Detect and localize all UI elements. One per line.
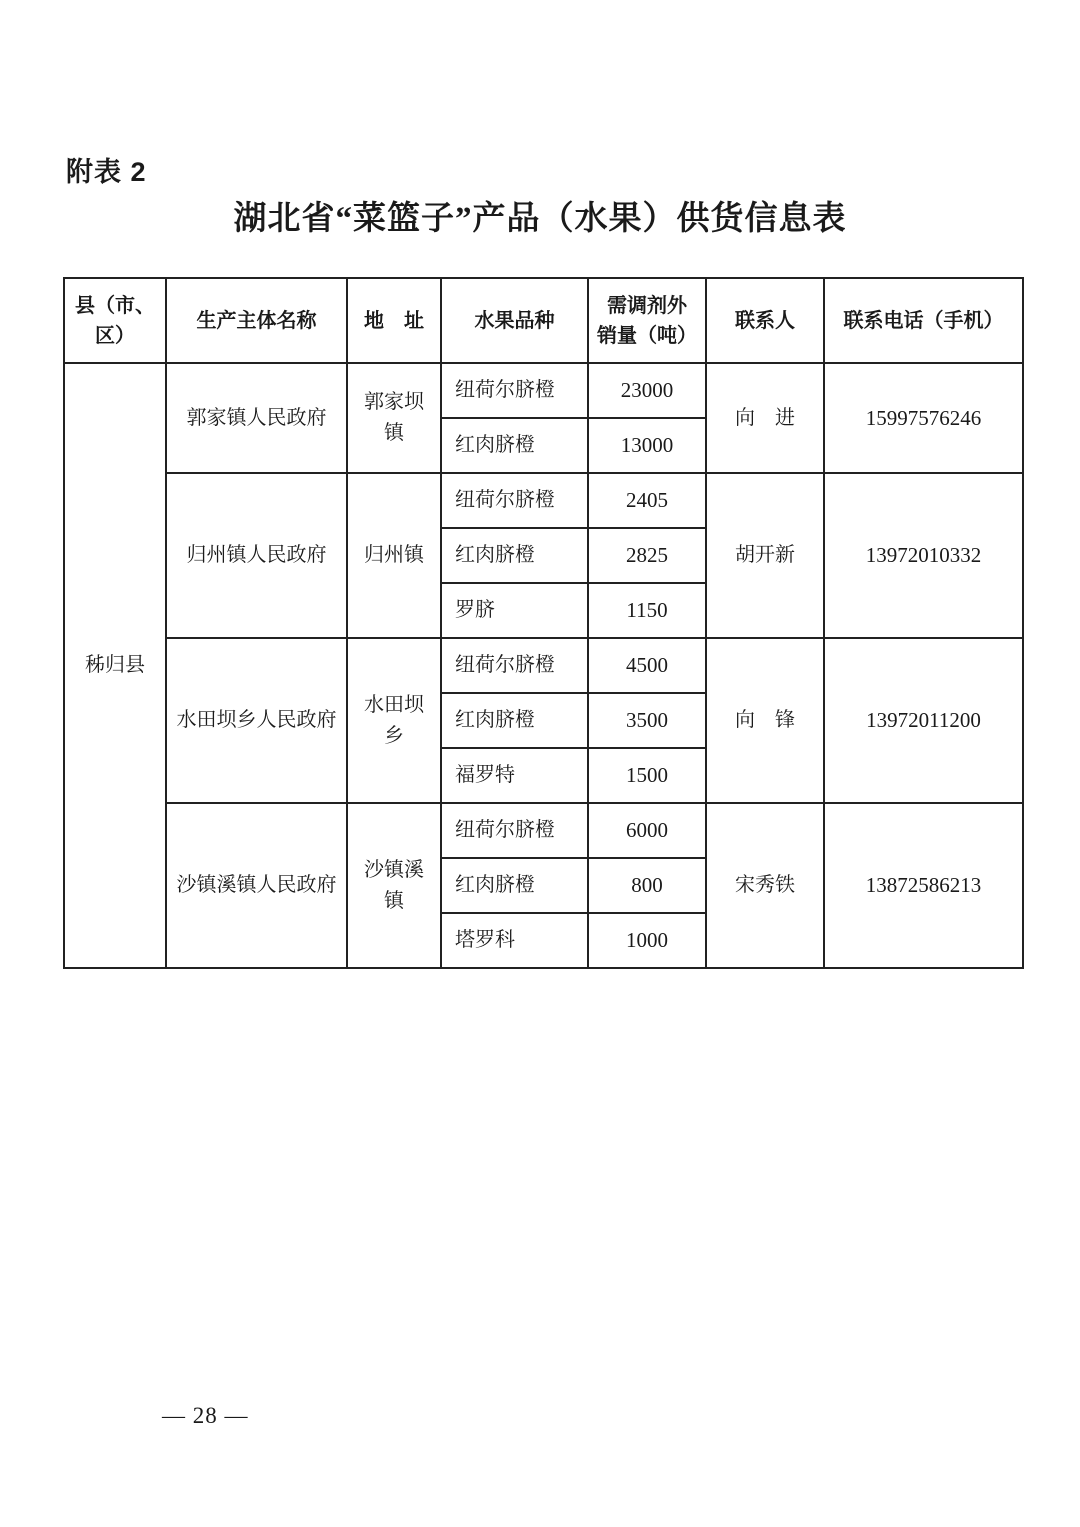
producer-cell: 沙镇溪镇人民政府	[166, 803, 347, 968]
fruit-supply-table: 县（市、 区） 生产主体名称 地 址 水果品种 需调剂外 销量（吨） 联系人 联…	[63, 277, 1024, 969]
fruit-variety-cell: 纽荷尔脐橙	[441, 363, 588, 418]
page-number: — 28 —	[162, 1403, 249, 1429]
address-cell: 郭家坝镇	[347, 363, 441, 473]
fruit-quantity-cell: 2405	[588, 473, 706, 528]
contact-cell: 胡开新	[706, 473, 824, 638]
header-cell-quantity: 需调剂外 销量（吨）	[588, 278, 706, 363]
fruit-quantity-cell: 6000	[588, 803, 706, 858]
header-cell-contact: 联系人	[706, 278, 824, 363]
header-cell-variety: 水果品种	[441, 278, 588, 363]
fruit-variety-cell: 罗脐	[441, 583, 588, 638]
phone-cell: 13972010332	[824, 473, 1023, 638]
phone-cell: 13872586213	[824, 803, 1023, 968]
fruit-variety-cell: 红肉脐橙	[441, 858, 588, 913]
phone-cell: 13972011200	[824, 638, 1023, 803]
fruit-variety-cell: 红肉脐橙	[441, 693, 588, 748]
table-row: 归州镇人民政府 归州镇 纽荷尔脐橙 2405 胡开新 13972010332	[64, 473, 1023, 528]
contact-cell: 向 锋	[706, 638, 824, 803]
fruit-quantity-cell: 4500	[588, 638, 706, 693]
producer-cell: 归州镇人民政府	[166, 473, 347, 638]
producer-cell: 郭家镇人民政府	[166, 363, 347, 473]
address-cell: 水田坝乡	[347, 638, 441, 803]
table-row: 水田坝乡人民政府 水田坝乡 纽荷尔脐橙 4500 向 锋 13972011200	[64, 638, 1023, 693]
fruit-quantity-cell: 1500	[588, 748, 706, 803]
fruit-variety-cell: 塔罗科	[441, 913, 588, 968]
contact-cell: 宋秀铁	[706, 803, 824, 968]
phone-cell: 15997576246	[824, 363, 1023, 473]
fruit-quantity-cell: 1150	[588, 583, 706, 638]
fruit-variety-cell: 福罗特	[441, 748, 588, 803]
appendix-label: 附表 2	[66, 150, 147, 189]
fruit-quantity-cell: 1000	[588, 913, 706, 968]
fruit-quantity-cell: 2825	[588, 528, 706, 583]
fruit-quantity-cell: 13000	[588, 418, 706, 473]
fruit-variety-cell: 纽荷尔脐橙	[441, 638, 588, 693]
header-cell-address: 地 址	[347, 278, 441, 363]
header-cell-producer: 生产主体名称	[166, 278, 347, 363]
document-title: 湖北省“菜篮子”产品（水果）供货信息表	[0, 192, 1080, 239]
fruit-quantity-cell: 3500	[588, 693, 706, 748]
contact-cell: 向 进	[706, 363, 824, 473]
fruit-variety-cell: 红肉脐橙	[441, 528, 588, 583]
table-header-row: 县（市、 区） 生产主体名称 地 址 水果品种 需调剂外 销量（吨） 联系人 联…	[64, 278, 1023, 363]
fruit-variety-cell: 纽荷尔脐橙	[441, 473, 588, 528]
address-cell: 沙镇溪镇	[347, 803, 441, 968]
address-cell: 归州镇	[347, 473, 441, 638]
table-row: 沙镇溪镇人民政府 沙镇溪镇 纽荷尔脐橙 6000 宋秀铁 13872586213	[64, 803, 1023, 858]
table-row: 秭归县 郭家镇人民政府 郭家坝镇 纽荷尔脐橙 23000 向 进 1599757…	[64, 363, 1023, 418]
fruit-quantity-cell: 800	[588, 858, 706, 913]
county-cell: 秭归县	[64, 363, 166, 968]
fruit-variety-cell: 红肉脐橙	[441, 418, 588, 473]
header-cell-county: 县（市、 区）	[64, 278, 166, 363]
fruit-variety-cell: 纽荷尔脐橙	[441, 803, 588, 858]
header-cell-phone: 联系电话（手机）	[824, 278, 1023, 363]
producer-cell: 水田坝乡人民政府	[166, 638, 347, 803]
fruit-quantity-cell: 23000	[588, 363, 706, 418]
document-page: 附表 2 湖北省“菜篮子”产品（水果）供货信息表 县（市、 区） 生产主体名称 …	[0, 0, 1080, 1527]
